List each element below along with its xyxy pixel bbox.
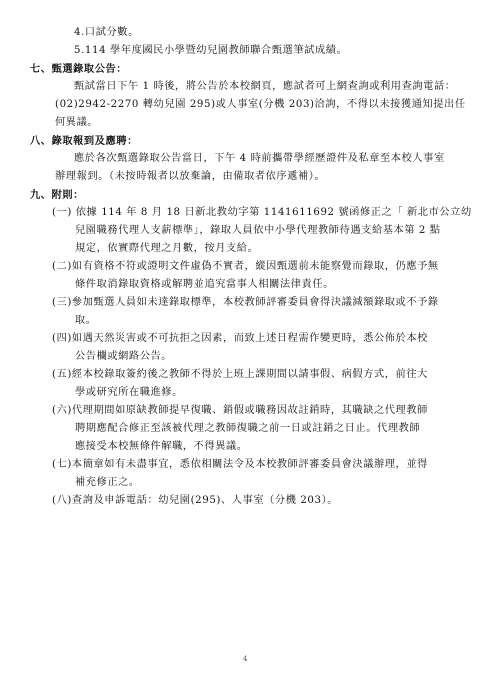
text-line: (五)經本校錄取簽約後之教師不得於上班上課期間以請事假、病假方式，前往大	[52, 368, 428, 382]
text-line: 4.口試分數。	[74, 26, 139, 40]
text-line: 規定，依實際代理之月數，按月支給。	[75, 242, 258, 256]
text-line: 補充修正之。	[75, 476, 140, 490]
text-line: 辦理報到。（未按時報者以放棄論，由備取者依序遞補）。	[55, 170, 325, 184]
text-line: (三)參加甄選人員如未達錄取標準，本校教師評審委員會得決議減額錄取或不予錄	[52, 296, 439, 310]
section-heading: 七、甄選錄取公告：	[30, 62, 127, 76]
text-line: (七)本簡章如有未盡事宜，悉依相關法令及本校教師評審委員會決議辦理，並得	[52, 458, 428, 472]
text-line: 應接受本校無條件解職，不得異議。	[75, 440, 248, 454]
text-line: 公告欄或網路公告。	[75, 350, 172, 364]
section-heading: 九、附則：	[30, 188, 84, 202]
text-line: 學或研究所在職進修。	[75, 386, 183, 400]
text-line: 聘期應配合修正至該被代理之教師復職之前一日或註銷之日止。代理教師	[75, 422, 420, 436]
text-line: 條件取消錄取資格或解聘並追究當事人相關法律責任。	[75, 278, 334, 292]
text-line: 5.114 學年度國民小學暨幼兒園教師聯合甄選筆試成績。	[74, 44, 347, 58]
text-line: 何異議。	[55, 116, 98, 130]
text-line: (一) 依據 114 年 8 月 18 日新北教幼字第 1141611692 號…	[52, 206, 472, 220]
section-heading: 八、錄取報到及應聘：	[30, 134, 138, 148]
text-line: (二)如有資格不符或證明文件虛偽不實者，縱因甄選前未能察覺而錄取，仍應予無	[52, 260, 439, 274]
text-line: (四)如遇天然災害或不可抗拒之因素，而致上述日程需作變更時，悉公佈於本校	[52, 332, 428, 346]
text-line: (八)查詢及申訴電話：幼兒園(295)、人事室（分機 203）。	[52, 494, 338, 508]
text-line: 應於各次甄選錄取公告當日，下午 4 時前攜帶學經歷證件及私章至本校人事室	[74, 152, 445, 166]
text-line: 兒園職務代理人支薪標準」，錄取人員依中小學代理教師待遇支給基本第 2 點	[75, 224, 441, 238]
text-line: (六)代理期間如原缺教師提早復職、銷假或職務因故註銷時，其職缺之代理教師	[52, 404, 428, 418]
text-line: 甄試當日下午 1 時後，將公告於本校網頁，應試者可上網查詢或利用查詢電話：	[74, 80, 456, 94]
text-line: (02)2942-2270 轉幼兒園 295)或人事室(分機 203)洽詢，不得…	[55, 98, 466, 112]
text-line: 取。	[75, 314, 97, 328]
page-number: 4	[243, 655, 247, 663]
